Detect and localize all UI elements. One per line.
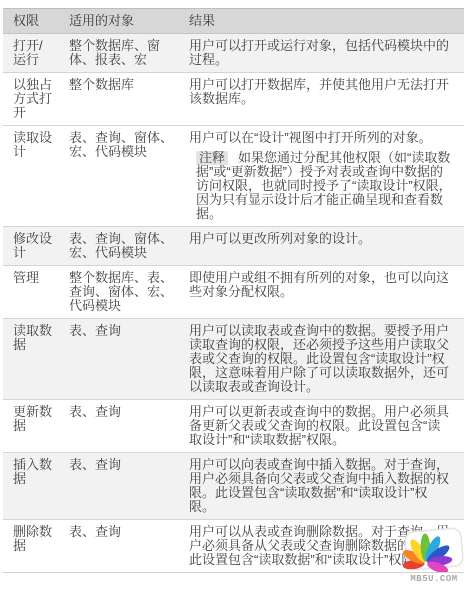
result-cell: 用户可以更改所列对象的设计。 (181, 227, 464, 266)
permission-cell: 读取设计 (3, 126, 61, 227)
result-text: 用户可以打开数据库，并使其他用户无法打开该数据库。 (189, 78, 452, 106)
result-text: 用户可以读取表或查询中的数据。要授予用户读取查询的权限，还必须授予这些用户读取父… (189, 324, 452, 394)
table-body: 打开/运行整个数据库、窗体、报表、宏用户可以打开或运行对象，包括代码模块中的过程… (3, 34, 464, 573)
objects-cell: 表、查询 (61, 453, 181, 520)
table-row: 插入数据表、查询用户可以向表或查询中插入数据。对于查询，用户必须具备向父表或父查… (3, 453, 464, 520)
permission-cell: 删除数据 (3, 520, 61, 573)
result-text: 用户可以更新表或查询中的数据。用户必须具备更新父表或父查询的权限。此设置包含“读… (189, 405, 452, 447)
result-cell: 用户可以从表或查询删除数据。对于查询，用户必须具备从父表或父查询删除数据的权限。… (181, 520, 464, 573)
result-cell: 用户可以更新表或查询中的数据。用户必须具备更新父表或父查询的权限。此设置包含“读… (181, 400, 464, 453)
column-header-1: 适用的对象 (61, 9, 181, 34)
result-text: 用户可以在“设计”视图中打开所列的对象。 (189, 131, 452, 145)
table-row: 修改设计表、查询、窗体、宏、代码模块用户可以更改所列对象的设计。 (3, 227, 464, 266)
table-row: 读取数据表、查询用户可以读取表或查询中的数据。要授予用户读取查询的权限，还必须授… (3, 319, 464, 400)
note-text: 如果您通过分配其他权限（如“读取数据”或“更新数据”）授予对表或查询中数据的访问… (196, 150, 452, 221)
column-header-0: 权限 (3, 9, 61, 34)
result-text: 用户可以更改所列对象的设计。 (189, 232, 452, 246)
column-header-2: 结果 (181, 9, 464, 34)
table-row: 以独占方式打开整个数据库用户可以打开数据库，并使其他用户无法打开该数据库。 (3, 73, 464, 126)
objects-cell: 表、查询 (61, 319, 181, 400)
permission-cell: 打开/运行 (3, 34, 61, 73)
objects-cell: 表、查询、窗体、宏、代码模块 (61, 126, 181, 227)
result-cell: 用户可以在“设计”视图中打开所列的对象。注释如果您通过分配其他权限（如“读取数据… (181, 126, 464, 227)
table-row: 删除数据表、查询用户可以从表或查询删除数据。对于查询，用户必须具备从父表或父查询… (3, 520, 464, 573)
table-row: 读取设计表、查询、窗体、宏、代码模块用户可以在“设计”视图中打开所列的对象。注释… (3, 126, 464, 227)
result-cell: 用户可以向表或查询中插入数据。对于查询，用户必须具备向父表或父查询中插入数据的权… (181, 453, 464, 520)
table-row: 管理整个数据库、表、查询、窗体、宏、代码模块即使用户或组不拥有所列的对象，也可以… (3, 266, 464, 319)
permission-cell: 插入数据 (3, 453, 61, 520)
result-cell: 用户可以读取表或查询中的数据。要授予用户读取查询的权限，还必须授予这些用户读取父… (181, 319, 464, 400)
objects-cell: 表、查询 (61, 400, 181, 453)
permissions-table: 权限适用的对象结果 打开/运行整个数据库、窗体、报表、宏用户可以打开或运行对象，… (3, 8, 464, 573)
result-cell: 用户可以打开或运行对象，包括代码模块中的过程。 (181, 34, 464, 73)
objects-cell: 表、查询、窗体、宏、代码模块 (61, 227, 181, 266)
result-text: 用户可以从表或查询删除数据。对于查询，用户必须具备从父表或父查询删除数据的权限。… (189, 525, 452, 567)
table-row: 更新数据表、查询用户可以更新表或查询中的数据。用户必须具备更新父表或父查询的权限… (3, 400, 464, 453)
header-row: 权限适用的对象结果 (3, 9, 464, 34)
permission-cell: 读取数据 (3, 319, 61, 400)
permission-cell: 以独占方式打开 (3, 73, 61, 126)
table-row: 打开/运行整个数据库、窗体、报表、宏用户可以打开或运行对象，包括代码模块中的过程… (3, 34, 464, 73)
permission-cell: 修改设计 (3, 227, 61, 266)
help-page: 权限适用的对象结果 打开/运行整个数据库、窗体、报表、宏用户可以打开或运行对象，… (0, 0, 468, 594)
result-text: 即使用户或组不拥有所列的对象，也可以向这些对象分配权限。 (189, 271, 452, 299)
result-cell: 即使用户或组不拥有所列的对象，也可以向这些对象分配权限。 (181, 266, 464, 319)
result-text: 用户可以向表或查询中插入数据。对于查询，用户必须具备向父表或父查询中插入数据的权… (189, 458, 452, 514)
result-text: 用户可以打开或运行对象，包括代码模块中的过程。 (189, 39, 452, 67)
watermark-text: MB5U.COM (401, 574, 467, 584)
permission-cell: 管理 (3, 266, 61, 319)
objects-cell: 表、查询 (61, 520, 181, 573)
objects-cell: 整个数据库、窗体、报表、宏 (61, 34, 181, 73)
objects-cell: 整个数据库、表、查询、窗体、宏、代码模块 (61, 266, 181, 319)
result-cell: 用户可以打开数据库，并使其他用户无法打开该数据库。 (181, 73, 464, 126)
note-label: 注释 (196, 151, 228, 165)
permission-cell: 更新数据 (3, 400, 61, 453)
note-block: 注释如果您通过分配其他权限（如“读取数据”或“更新数据”）授予对表或查询中数据的… (196, 151, 452, 221)
objects-cell: 整个数据库 (61, 73, 181, 126)
table-header-row: 权限适用的对象结果 (3, 9, 464, 34)
